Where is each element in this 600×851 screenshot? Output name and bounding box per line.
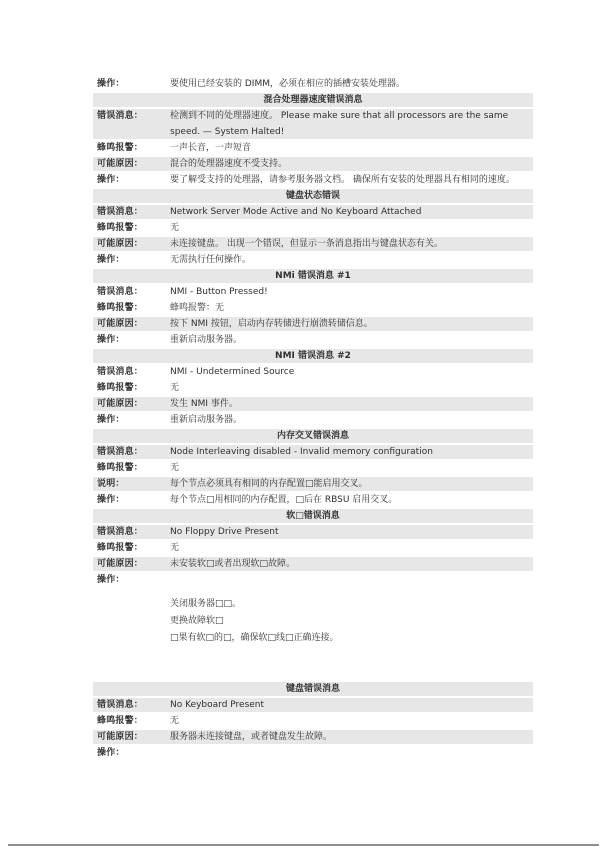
section-rows: 错误消息： NMI - Undetermined Source 蜂鸣报警： 无 … [93, 364, 533, 428]
row-label: 操作： [93, 572, 170, 588]
error-section: 混合处理器速度错误消息 错误消息： 检测到不同的处理器速度。 Please ma… [93, 92, 533, 188]
table-row: 错误消息： NMI - Button Pressed! [93, 284, 533, 300]
row-value [170, 572, 533, 588]
table-row: 错误消息： No Floppy Drive Present [93, 524, 533, 540]
row-label: 错误消息： [93, 364, 170, 380]
row-label: 操作： [93, 745, 170, 761]
row-value: 无 [170, 220, 533, 236]
row-value: NMI - Undetermined Source [170, 364, 533, 380]
row-label: 操作： [93, 332, 170, 348]
table-row: 操作： 无需执行任何操作。 [93, 252, 533, 268]
document-page: 操作： 要使用已经安装的 DIMM，必须在相应的插槽安装处理器。 混合处理器速度… [0, 0, 600, 851]
row-value: 每个节点必须具有相同的内存配置□能启用交叉。 [170, 476, 533, 492]
row-label: 蜂鸣报警： [93, 380, 170, 396]
row-value: 重新启动服务器。 [170, 412, 533, 428]
row-label: 蜂鸣报警： [93, 460, 170, 476]
table-row: 可能原因： 按下 NMI 按钮，启动内存转储进行崩溃转储信息。 [93, 316, 533, 332]
table-row: 操作： [93, 572, 533, 588]
table-row: 蜂鸣报警： 无 [93, 540, 533, 556]
row-value: 无 [170, 380, 533, 396]
row-label: 操作： [93, 172, 170, 188]
table-row: 操作： 每个节点□用相同的内存配置，□后在 RBSU 启用交叉。 [93, 492, 533, 508]
row-value: Network Server Mode Active and No Keyboa… [170, 204, 533, 220]
section-header: 软□错误消息 [93, 508, 533, 524]
action-list-line: 更换故障软□ [170, 613, 533, 630]
section-title: 混合处理器速度错误消息 [263, 95, 362, 105]
row-label: 操作： [93, 76, 170, 92]
table-row: 蜂鸣报警： 无 [93, 460, 533, 476]
sections: 混合处理器速度错误消息 错误消息： 检测到不同的处理器速度。 Please ma… [93, 92, 533, 761]
row-value: 无 [170, 460, 533, 476]
row-label: 蜂鸣报警： [93, 713, 170, 729]
table-row: 蜂鸣报警： 一声长音，一声短音 [93, 140, 533, 156]
table-row: 错误消息： NMI - Undetermined Source [93, 364, 533, 380]
section-title: 内存交叉错误消息 [277, 431, 349, 441]
table-row: 错误消息： No Keyboard Present [93, 697, 533, 713]
table-row: 可能原因： 混合的处理器速度不受支持。 [93, 156, 533, 172]
section-rows: 错误消息： Node Interleaving disabled - Inval… [93, 444, 533, 508]
section-header: 内存交叉错误消息 [93, 428, 533, 444]
row-label: 错误消息： [93, 284, 170, 300]
table-row: 操作： 要使用已经安装的 DIMM，必须在相应的插槽安装处理器。 [93, 76, 533, 92]
row-value: 每个节点□用相同的内存配置，□后在 RBSU 启用交叉。 [170, 492, 533, 508]
section-rows: 错误消息： 检测到不同的处理器速度。 Please make sure that… [93, 108, 533, 188]
error-message-table: 操作： 要使用已经安装的 DIMM，必须在相应的插槽安装处理器。 混合处理器速度… [93, 76, 533, 761]
table-row: 蜂鸣报警： 无 [93, 713, 533, 729]
error-section: 内存交叉错误消息 错误消息： Node Interleaving disable… [93, 428, 533, 508]
section-header: 键盘状态错误 [93, 188, 533, 204]
row-value: No Keyboard Present [170, 697, 533, 713]
table-row: 操作： 要了解受支持的处理器，请参考服务器文档。 确保所有安装的处理器具有相同的… [93, 172, 533, 188]
row-value: Node Interleaving disabled - Invalid mem… [170, 444, 533, 460]
row-value: 未安装软□或者出现软□故障。 [170, 556, 533, 572]
error-section: NMi 错误消息 #1 错误消息： NMI - Button Pressed! … [93, 268, 533, 348]
row-label: 操作： [93, 492, 170, 508]
row-label: 蜂鸣报警： [93, 140, 170, 156]
row-value: 无 [170, 540, 533, 556]
table-row: 可能原因： 未安装软□或者出现软□故障。 [93, 556, 533, 572]
table-row: 蜂鸣报警： 无 [93, 380, 533, 396]
row-label: 操作： [93, 252, 170, 268]
section-title: NMi 错误消息 #1 [275, 271, 351, 281]
error-section: NMI 错误消息 #2 错误消息： NMI - Undetermined Sou… [93, 348, 533, 428]
row-value: 要使用已经安装的 DIMM，必须在相应的插槽安装处理器。 [170, 76, 533, 92]
row-label: 可能原因： [93, 156, 170, 172]
row-label: 错误消息： [93, 204, 170, 220]
row-value: 无需执行任何操作。 [170, 252, 533, 268]
row-value: 发生 NMI 事件。 [170, 396, 533, 412]
row-value: 要了解受支持的处理器，请参考服务器文档。 确保所有安装的处理器具有相同的速度。 [170, 172, 533, 188]
section-title: 键盘状态错误 [286, 191, 340, 201]
row-value: 服务器未连接键盘，或者键盘发生故障。 [170, 729, 533, 745]
row-label: 错误消息： [93, 697, 170, 713]
table-row: 可能原因： 发生 NMI 事件。 [93, 396, 533, 412]
table-row: 蜂鸣报警： 蜂鸣报警：无 [93, 300, 533, 316]
row-label: 可能原因： [93, 729, 170, 745]
row-value: No Floppy Drive Present [170, 524, 533, 540]
row-label: 可能原因： [93, 236, 170, 252]
section-header: 键盘错误消息 [93, 681, 533, 697]
row-value: 按下 NMI 按钮，启动内存转储进行崩溃转储信息。 [170, 316, 533, 332]
section-rows: 错误消息： Network Server Mode Active and No … [93, 204, 533, 268]
row-value: 无 [170, 713, 533, 729]
section-header: NMI 错误消息 #2 [93, 348, 533, 364]
table-row: 错误消息： Node Interleaving disabled - Inval… [93, 444, 533, 460]
row-label: 可能原因： [93, 396, 170, 412]
row-label: 错误消息： [93, 524, 170, 540]
row-value: 重新启动服务器。 [170, 332, 533, 348]
action-list: 关闭服务器□□。更换故障软□□果有软□的□，确保软□线□正确连接。 [93, 596, 533, 647]
error-section: 键盘错误消息 错误消息： No Keyboard Present 蜂鸣报警： 无… [93, 681, 533, 761]
section-header: NMi 错误消息 #1 [93, 268, 533, 284]
section-rows: 错误消息： No Floppy Drive Present 蜂鸣报警： 无 可能… [93, 524, 533, 588]
table-row: 蜂鸣报警： 无 [93, 220, 533, 236]
table-row: 可能原因： 未连接键盘。 出现一个错误，但显示一条消息指出与键盘状态有关。 [93, 236, 533, 252]
row-value: NMI - Button Pressed! [170, 284, 533, 300]
table-row: 错误消息： Network Server Mode Active and No … [93, 204, 533, 220]
row-label: 蜂鸣报警： [93, 220, 170, 236]
row-label: 可能原因： [93, 316, 170, 332]
row-label: 蜂鸣报警： [93, 300, 170, 316]
error-section: 软□错误消息 错误消息： No Floppy Drive Present 蜂鸣报… [93, 508, 533, 647]
row-value: 蜂鸣报警：无 [170, 300, 533, 316]
table-row: 操作： [93, 745, 533, 761]
page-bottom-rule [8, 844, 599, 846]
error-section: 键盘状态错误 错误消息： Network Server Mode Active … [93, 188, 533, 268]
row-label: 说明： [93, 476, 170, 492]
table-row: 错误消息： 检测到不同的处理器速度。 Please make sure that… [93, 108, 533, 140]
action-list-line: □果有软□的□，确保软□线□正确连接。 [170, 630, 533, 647]
row-label: 蜂鸣报警： [93, 540, 170, 556]
section-title: 软□错误消息 [286, 511, 340, 521]
row-value: 一声长音，一声短音 [170, 140, 533, 156]
row-label: 可能原因： [93, 556, 170, 572]
row-value: 未连接键盘。 出现一个错误，但显示一条消息指出与键盘状态有关。 [170, 236, 533, 252]
section-header: 混合处理器速度错误消息 [93, 92, 533, 108]
section-rows: 错误消息： NMI - Button Pressed! 蜂鸣报警： 蜂鸣报警：无… [93, 284, 533, 348]
section-title: 键盘错误消息 [286, 684, 340, 694]
row-value: 混合的处理器速度不受支持。 [170, 156, 533, 172]
action-list-line: 关闭服务器□□。 [170, 596, 533, 613]
row-label: 错误消息： [93, 108, 170, 140]
row-value [170, 745, 533, 761]
table-row: 可能原因： 服务器未连接键盘，或者键盘发生故障。 [93, 729, 533, 745]
section-rows: 错误消息： No Keyboard Present 蜂鸣报警： 无 可能原因： … [93, 697, 533, 761]
table-row: 操作： 重新启动服务器。 [93, 332, 533, 348]
table-row: 说明： 每个节点必须具有相同的内存配置□能启用交叉。 [93, 476, 533, 492]
section-title: NMI 错误消息 #2 [275, 351, 351, 361]
row-label: 错误消息： [93, 444, 170, 460]
table-row: 操作： 重新启动服务器。 [93, 412, 533, 428]
row-value: 检测到不同的处理器速度。 Please make sure that all p… [170, 108, 533, 140]
row-label: 操作： [93, 412, 170, 428]
